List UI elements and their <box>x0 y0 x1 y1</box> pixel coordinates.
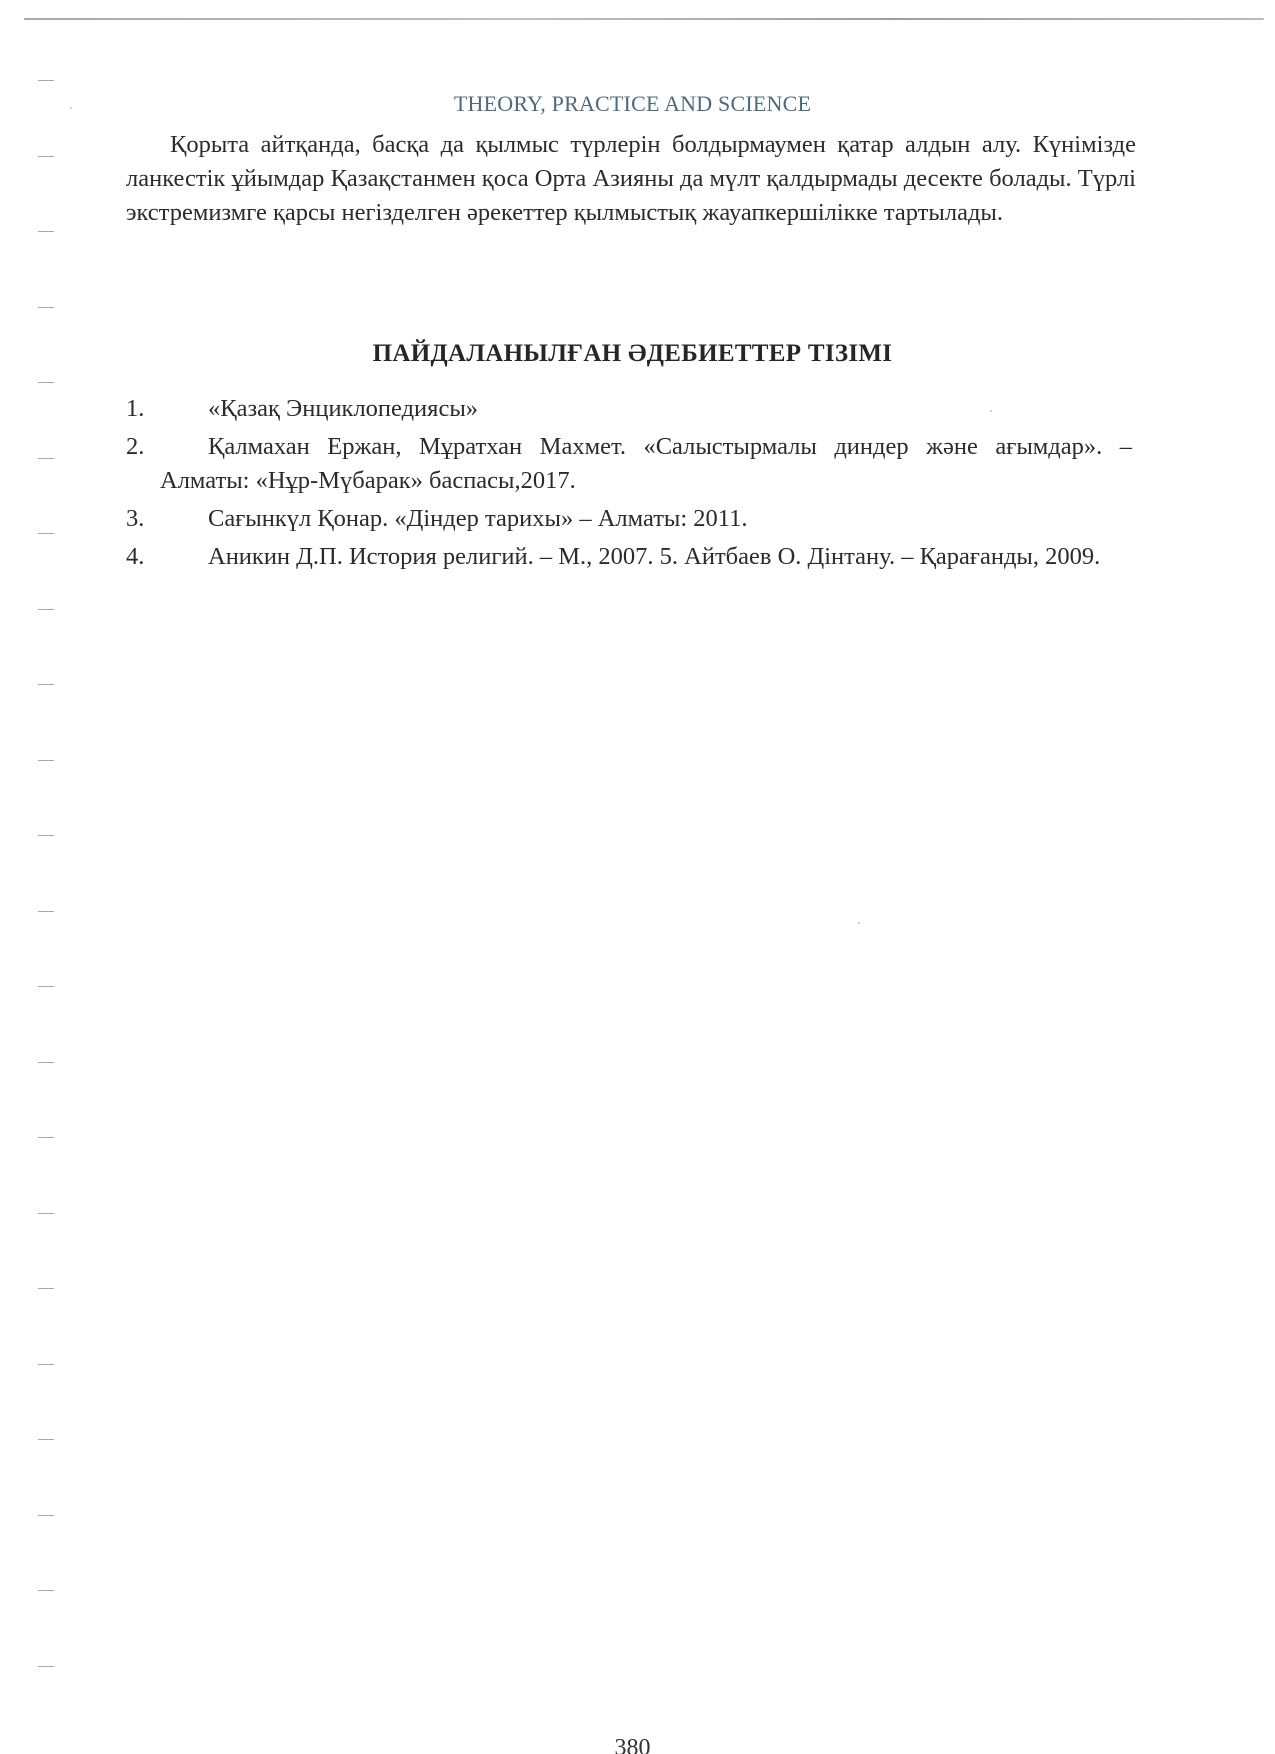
reference-item: 4.Аникин Д.П. История религий. – М., 200… <box>160 540 1132 574</box>
margin-mark <box>38 1288 54 1289</box>
reference-number: 3. <box>126 502 208 536</box>
margin-mark <box>38 1364 54 1365</box>
margin-mark <box>38 231 54 232</box>
margin-mark <box>38 80 54 81</box>
reference-number: 1. <box>126 392 208 426</box>
margin-mark <box>38 1213 54 1214</box>
body-paragraph: Қорыта айтқанда, басқа да қылмыс түрлері… <box>126 128 1136 230</box>
margin-mark <box>38 609 54 610</box>
reference-text: Сағынкүл Қонар. «Діндер тарихы» – Алматы… <box>208 505 748 532</box>
reference-item: 1.«Қазақ Энциклопедиясы» <box>160 392 1132 426</box>
left-margin-binding-marks <box>38 0 58 1754</box>
running-header: THEORY, PRACTICE AND SCIENCE <box>0 91 1265 117</box>
margin-mark <box>38 835 54 836</box>
references-heading: ПАЙДАЛАНЫЛҒАН ӘДЕБИЕТТЕР ТІЗІМІ <box>0 340 1265 368</box>
reference-number: 4. <box>126 540 208 574</box>
margin-mark <box>38 382 54 383</box>
margin-mark <box>38 1666 54 1667</box>
reference-text: Аникин Д.П. История религий. – М., 2007.… <box>208 543 1100 570</box>
reference-text: «Қазақ Энциклопедиясы» <box>208 395 478 422</box>
reference-item: 3.Сағынкүл Қонар. «Діндер тарихы» – Алма… <box>160 502 1132 536</box>
margin-mark <box>38 156 54 157</box>
reference-text: Қалмахан Ержан, Мұратхан Махмет. «Салыст… <box>160 433 1132 494</box>
margin-mark <box>38 458 54 459</box>
reference-item: 2.Қалмахан Ержан, Мұратхан Махмет. «Салы… <box>160 430 1132 498</box>
scan-speck <box>70 107 72 109</box>
margin-mark <box>38 986 54 987</box>
page-number: 380 <box>0 1735 1265 1754</box>
scan-top-border <box>24 18 1264 20</box>
margin-mark <box>38 684 54 685</box>
margin-mark <box>38 760 54 761</box>
margin-mark <box>38 911 54 912</box>
margin-mark <box>38 1515 54 1516</box>
margin-mark <box>38 1137 54 1138</box>
scan-speck <box>990 410 992 412</box>
margin-mark <box>38 1590 54 1591</box>
scan-speck <box>858 922 860 924</box>
margin-mark <box>38 1062 54 1063</box>
margin-mark <box>38 307 54 308</box>
margin-mark <box>38 1439 54 1440</box>
references-list: 1.«Қазақ Энциклопедиясы» 2.Қалмахан Ержа… <box>160 392 1132 578</box>
margin-mark <box>38 533 54 534</box>
reference-number: 2. <box>126 430 208 464</box>
